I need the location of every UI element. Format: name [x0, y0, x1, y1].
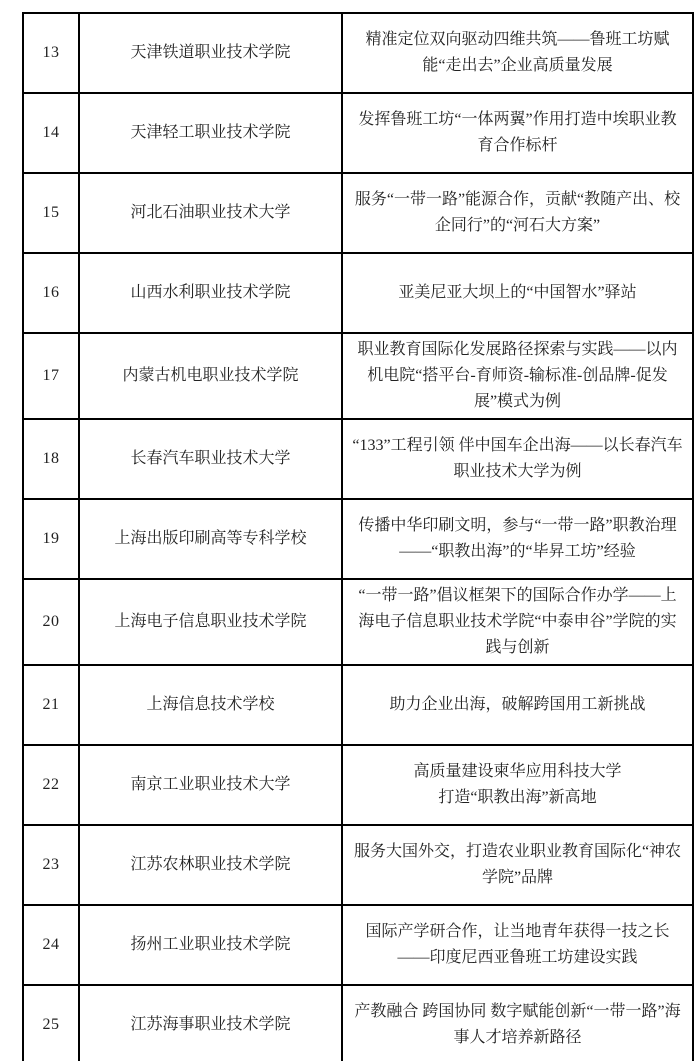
table-row: 23江苏农林职业技术学院服务大国外交，打造农业职业教育国际化“神农学院”品牌: [23, 825, 693, 905]
achievement-title-cell: 发挥鲁班工坊“一体两翼”作用打造中埃职业教育合作标杆: [342, 93, 693, 173]
row-number-cell: 15: [23, 173, 79, 253]
achievement-title-cell: “一带一路”倡议框架下的国际合作办学——上海电子信息职业技术学院“中泰申谷”学院…: [342, 579, 693, 665]
table-row: 22南京工业职业技术大学高质量建设柬华应用科技大学 打造“职教出海”新高地: [23, 745, 693, 825]
row-number-cell: 24: [23, 905, 79, 985]
school-name-cell: 江苏海事职业技术学院: [79, 985, 342, 1061]
school-name-cell: 江苏农林职业技术学院: [79, 825, 342, 905]
school-name-cell: 扬州工业职业技术学院: [79, 905, 342, 985]
achievement-title-cell: 精准定位双向驱动四维共筑——鲁班工坊赋能“走出去”企业高质量发展: [342, 13, 693, 93]
row-number-cell: 20: [23, 579, 79, 665]
table-row: 19上海出版印刷高等专科学校传播中华印刷文明，参与“一带一路”职教治理——“职教…: [23, 499, 693, 579]
achievement-title-cell: 高质量建设柬华应用科技大学 打造“职教出海”新高地: [342, 745, 693, 825]
school-name-cell: 内蒙古机电职业技术学院: [79, 333, 342, 419]
table-body: 13天津铁道职业技术学院精准定位双向驱动四维共筑——鲁班工坊赋能“走出去”企业高…: [23, 13, 693, 1061]
school-name-cell: 山西水利职业技术学院: [79, 253, 342, 333]
table-row: 25江苏海事职业技术学院产教融合 跨国协同 数字赋能创新“一带一路”海事人才培养…: [23, 985, 693, 1061]
row-number-cell: 22: [23, 745, 79, 825]
row-number-cell: 25: [23, 985, 79, 1061]
table-row: 17内蒙古机电职业技术学院职业教育国际化发展路径探索与实践——以内机电院“搭平台…: [23, 333, 693, 419]
achievement-title-cell: 产教融合 跨国协同 数字赋能创新“一带一路”海事人才培养新路径: [342, 985, 693, 1061]
school-name-cell: 长春汽车职业技术大学: [79, 419, 342, 499]
school-name-cell: 上海信息技术学校: [79, 665, 342, 745]
school-name-cell: 上海电子信息职业技术学院: [79, 579, 342, 665]
row-number-cell: 23: [23, 825, 79, 905]
school-name-cell: 河北石油职业技术大学: [79, 173, 342, 253]
table-row: 20上海电子信息职业技术学院“一带一路”倡议框架下的国际合作办学——上海电子信息…: [23, 579, 693, 665]
achievement-title-cell: “133”工程引领 伴中国车企出海——以长春汽车职业技术大学为例: [342, 419, 693, 499]
table-row: 21上海信息技术学校助力企业出海，破解跨国用工新挑战: [23, 665, 693, 745]
table-row: 15河北石油职业技术大学服务“一带一路”能源合作，贡献“教随产出、校企同行”的“…: [23, 173, 693, 253]
achievement-title-cell: 传播中华印刷文明，参与“一带一路”职教治理——“职教出海”的“毕昇工坊”经验: [342, 499, 693, 579]
school-name-cell: 天津轻工职业技术学院: [79, 93, 342, 173]
document-page: 13天津铁道职业技术学院精准定位双向驱动四维共筑——鲁班工坊赋能“走出去”企业高…: [0, 0, 700, 1061]
row-number-cell: 18: [23, 419, 79, 499]
school-name-cell: 上海出版印刷高等专科学校: [79, 499, 342, 579]
achievement-title-cell: 国际产学研合作，让当地青年获得一技之长——印度尼西亚鲁班工坊建设实践: [342, 905, 693, 985]
achievement-title-cell: 助力企业出海，破解跨国用工新挑战: [342, 665, 693, 745]
achievement-title-cell: 服务大国外交，打造农业职业教育国际化“神农学院”品牌: [342, 825, 693, 905]
table-row: 24扬州工业职业技术学院国际产学研合作，让当地青年获得一技之长——印度尼西亚鲁班…: [23, 905, 693, 985]
table-row: 13天津铁道职业技术学院精准定位双向驱动四维共筑——鲁班工坊赋能“走出去”企业高…: [23, 13, 693, 93]
school-name-cell: 南京工业职业技术大学: [79, 745, 342, 825]
row-number-cell: 13: [23, 13, 79, 93]
row-number-cell: 17: [23, 333, 79, 419]
row-number-cell: 14: [23, 93, 79, 173]
results-table: 13天津铁道职业技术学院精准定位双向驱动四维共筑——鲁班工坊赋能“走出去”企业高…: [22, 12, 694, 1061]
row-number-cell: 21: [23, 665, 79, 745]
table-row: 18长春汽车职业技术大学“133”工程引领 伴中国车企出海——以长春汽车职业技术…: [23, 419, 693, 499]
row-number-cell: 19: [23, 499, 79, 579]
achievement-title-cell: 亚美尼亚大坝上的“中国智水”驿站: [342, 253, 693, 333]
row-number-cell: 16: [23, 253, 79, 333]
school-name-cell: 天津铁道职业技术学院: [79, 13, 342, 93]
achievement-title-cell: 职业教育国际化发展路径探索与实践——以内机电院“搭平台-育师资-输标准-创品牌-…: [342, 333, 693, 419]
table-row: 14天津轻工职业技术学院发挥鲁班工坊“一体两翼”作用打造中埃职业教育合作标杆: [23, 93, 693, 173]
table-row: 16山西水利职业技术学院亚美尼亚大坝上的“中国智水”驿站: [23, 253, 693, 333]
achievement-title-cell: 服务“一带一路”能源合作，贡献“教随产出、校企同行”的“河石大方案”: [342, 173, 693, 253]
